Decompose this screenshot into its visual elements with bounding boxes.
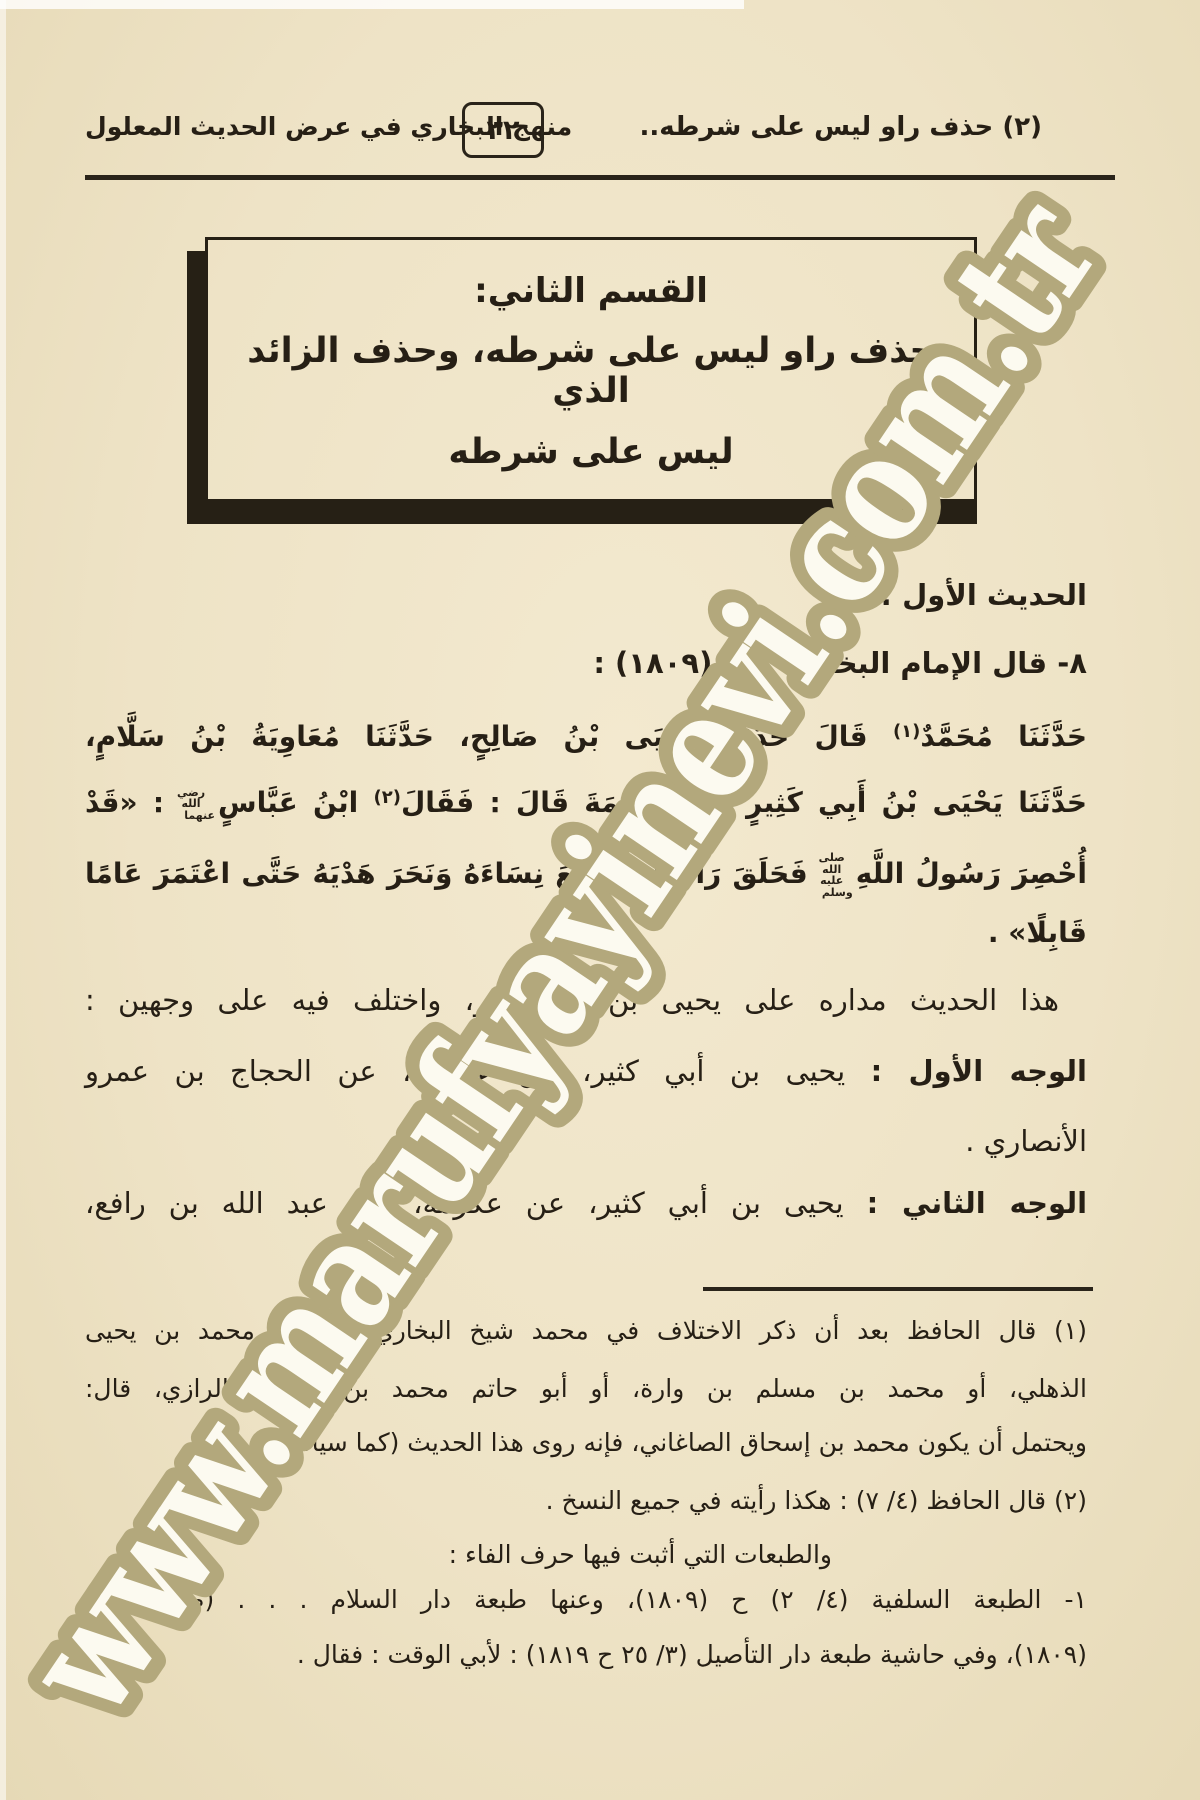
footnote-2-line-2: والطبعات التي أثبت فيها حرف الفاء :: [85, 1540, 1087, 1569]
footnote-2-line-3: ١- الطبعة السلفية (٤/ ٢) ح (١٨٠٩)، وعنها…: [85, 1585, 1087, 1614]
hadith-text: فَحَلَقَ رَأْسَهُ وَجَامَعَ نِسَاءَهُ وَ…: [85, 857, 808, 890]
hadith-text: حَدَّثَنَا مُحَمَّدٌ: [920, 720, 1087, 753]
footnote-1-line-3: ويحتمل أن يكون محمد بن إسحاق الصاغاني، ف…: [85, 1428, 1087, 1457]
paragraph-wajh-two: الوجه الثاني : يحيى بن أبي كثير، عن عكرم…: [85, 1186, 1087, 1220]
header-rule: [85, 175, 1115, 180]
footnote-ref-1: (١): [893, 721, 920, 742]
footnote-2-line-4: (١٨٠٩)، وفي حاشية طبعة دار التأصيل (٣/ ٢…: [85, 1640, 1087, 1669]
section-title-line2: حذف راو ليس على شرطه، وحذف الزائد الذي: [216, 331, 966, 411]
hadith-intro-text: ٨- قال الإمام البخاري: [783, 646, 1087, 680]
wajh-two-text: يحيى بن أبي كثير، عن عكرمة، عن عبد الله …: [85, 1186, 844, 1220]
rahimahullah-calligraphic-mark: رحمه الله: [725, 650, 769, 679]
hadith-text: حَدَّثَنَا يَحْيَى بْنُ أَبِي كَثِيرٍ عَ…: [401, 786, 1087, 819]
scan-edge-left: [0, 0, 6, 1800]
paragraph-wajh-one: الوجه الأول : يحيى بن أبي كثير، عن عكرمة…: [85, 1054, 1087, 1088]
section-title-box: القسم الثاني: حذف راو ليس على شرطه، وحذف…: [205, 237, 977, 505]
sallallahu-alayhi-wasallam-calligraphic-mark: صلى الله عليه وسلم: [811, 852, 853, 898]
scanned-book-page: منهج البخاري في عرض الحديث المعلول ٣٢ (٢…: [0, 0, 1200, 1800]
footnote-1-line-2: الذهلي، أو محمد بن مسلم بن وارة، أو أبو …: [85, 1374, 1087, 1403]
hadith-number: (١٨٠٩) :: [593, 646, 712, 680]
hadith-text: أُحْصِرَ رَسُولُ اللَّهِ: [856, 857, 1087, 890]
radiallahu-anhuma-calligraphic-mark: رضي الله عنهما: [167, 787, 215, 822]
hadith-text: قَالَ حَدَّثَنَا يَحْيَى بْنُ صَالِحٍ، ح…: [85, 720, 868, 753]
header-page-number-badge: ٣٢: [462, 102, 544, 158]
hadith-text: : «قَدْ: [85, 786, 164, 819]
wajh-one-label: الوجه الأول :: [871, 1054, 1087, 1088]
hadith-text-line-2: حَدَّثَنَا يَحْيَى بْنُ أَبِي كَثِيرٍ عَ…: [85, 786, 1087, 821]
hadith-text: ابْنُ عَبَّاسٍ: [218, 786, 358, 819]
scan-edge-top: [0, 0, 744, 9]
footnote-divider: [703, 1287, 1093, 1291]
hadith-text-line-3: أُحْصِرَ رَسُولُ اللَّهِصلى الله عليه وس…: [85, 852, 1087, 898]
section-title-line1: القسم الثاني:: [474, 271, 708, 311]
hadith-text-line-4: قَابِلًا» .: [85, 916, 1087, 949]
wajh-two-label: الوجه الثاني :: [867, 1186, 1087, 1220]
wajh-one-text: يحيى بن أبي كثير، عن عكرمة، عن الحجاج بن…: [85, 1054, 845, 1088]
footnote-1-line-1: (١) قال الحافظ بعد أن ذكر الاختلاف في مح…: [85, 1316, 1087, 1345]
header-chapter-title: (٢) حذف راو ليس على شرطه..: [640, 112, 1042, 142]
section-title-line3: ليس على شرطه: [448, 432, 733, 472]
footnote-2-line-1: (٢) قال الحافظ (٤/ ٧) : هكذا رأيته في جم…: [85, 1486, 1087, 1515]
hadith-heading: الحديث الأول :: [85, 578, 1087, 612]
footnote-ref-2: (٢): [374, 787, 401, 808]
hadith-text-line-1: حَدَّثَنَا مُحَمَّدٌ(١) قَالَ حَدَّثَنَا…: [85, 720, 1087, 753]
paragraph-wajh-one-continuation: الأنصاري .: [85, 1124, 1087, 1158]
paragraph-madar: هذا الحديث مداره على يحيى بن أبي كثير، و…: [85, 983, 1087, 1017]
hadith-intro-line: ٨- قال الإمام البخاري رحمه الله (١٨٠٩) :: [85, 646, 1087, 680]
